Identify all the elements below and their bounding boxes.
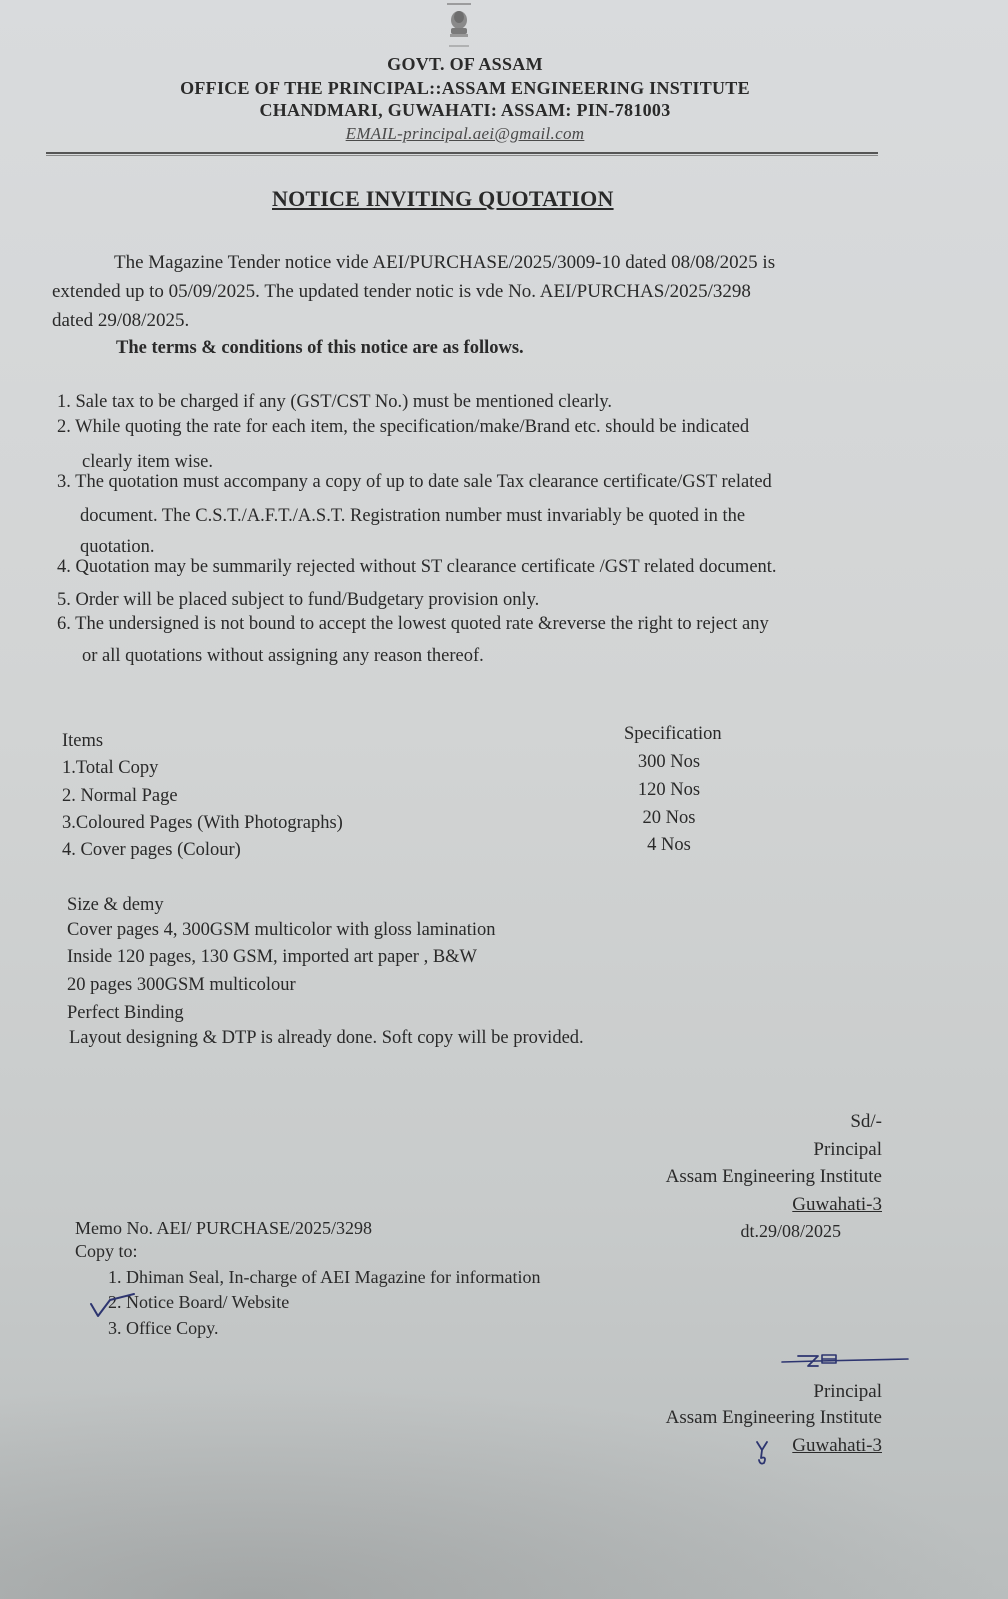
spec-row-1: 300 Nos	[604, 752, 734, 773]
address-line: CHANDMARI, GUWAHATI: ASSAM: PIN-781003	[0, 100, 930, 121]
signatory-place: Guwahati-3	[792, 1194, 882, 1216]
detail-inside: Inside 120 pages, 130 GSM, imported art …	[67, 947, 477, 968]
intro-line-2: extended up to 05/09/2025. The updated t…	[52, 281, 751, 303]
notice-title: NOTICE INVITING QUOTATION	[272, 186, 614, 212]
item-row-3: 3.Coloured Pages (With Photographs)	[62, 813, 343, 834]
detail-binding: Perfect Binding	[67, 1003, 184, 1024]
items-header: Items	[62, 731, 103, 752]
signature-date: dt.29/08/2025	[740, 1221, 841, 1242]
condition-4: 4. Quotation may be summarily rejected w…	[57, 557, 777, 578]
condition-5: 5. Order will be placed subject to fund/…	[57, 590, 539, 611]
signatory-designation-2: Principal	[813, 1381, 882, 1403]
condition-1: 1. Sale tax to be charged if any (GST/CS…	[57, 392, 612, 413]
handwritten-signature-icon	[778, 1350, 913, 1374]
condition-6-cont: or all quotations without assigning any …	[82, 646, 484, 667]
copy-to-item-3: 3. Office Copy.	[108, 1318, 218, 1339]
signatory-place-2: Guwahati-3	[792, 1435, 882, 1457]
copy-to-item-1: 1. Dhiman Seal, In-charge of AEI Magazin…	[108, 1267, 541, 1288]
spec-row-2: 120 Nos	[604, 780, 734, 801]
item-row-2: 2. Normal Page	[62, 786, 178, 807]
national-emblem-icon	[437, 0, 481, 52]
detail-size: Size & demy	[67, 895, 164, 916]
condition-3-cont-2: quotation.	[80, 537, 155, 558]
signatory-institute-2: Assam Engineering Institute	[666, 1407, 882, 1429]
specification-header: Specification	[624, 724, 722, 745]
condition-2: 2. While quoting the rate for each item,…	[57, 417, 749, 438]
govt-heading: GOVT. OF ASSAM	[0, 54, 930, 75]
memo-number: Memo No. AEI/ PURCHASE/2025/3298	[75, 1218, 372, 1239]
detail-cover: Cover pages 4, 300GSM multicolor with gl…	[67, 920, 496, 941]
terms-heading: The terms & conditions of this notice ar…	[116, 338, 524, 359]
signatory-institute: Assam Engineering Institute	[666, 1166, 882, 1188]
handwritten-initial-icon	[755, 1438, 771, 1466]
sd-mark: Sd/-	[850, 1111, 882, 1133]
detail-layout: Layout designing & DTP is already done. …	[69, 1028, 584, 1049]
condition-3: 3. The quotation must accompany a copy o…	[57, 472, 772, 493]
office-heading: OFFICE OF THE PRINCIPAL::ASSAM ENGINEERI…	[0, 78, 930, 99]
handwritten-checkmark-icon	[88, 1292, 138, 1320]
header-divider	[46, 152, 878, 154]
email-link[interactable]: EMAIL-principal.aei@gmail.com	[0, 124, 930, 144]
intro-line-1: The Magazine Tender notice vide AEI/PURC…	[114, 252, 775, 274]
condition-3-cont: document. The C.S.T./A.F.T./A.S.T. Regis…	[80, 506, 745, 527]
copy-to-label: Copy to:	[75, 1241, 138, 1262]
signatory-designation: Principal	[813, 1139, 882, 1161]
spec-row-4: 4 Nos	[604, 835, 734, 856]
header-divider-thin	[46, 155, 878, 156]
spec-row-3: 20 Nos	[604, 808, 734, 829]
detail-colour-pages: 20 pages 300GSM multicolour	[67, 975, 296, 996]
intro-line-3: dated 29/08/2025.	[52, 310, 189, 332]
condition-2-cont: clearly item wise.	[82, 452, 213, 473]
item-row-1: 1.Total Copy	[62, 758, 158, 779]
condition-6: 6. The undersigned is not bound to accep…	[57, 614, 769, 635]
item-row-4: 4. Cover pages (Colour)	[62, 840, 241, 861]
